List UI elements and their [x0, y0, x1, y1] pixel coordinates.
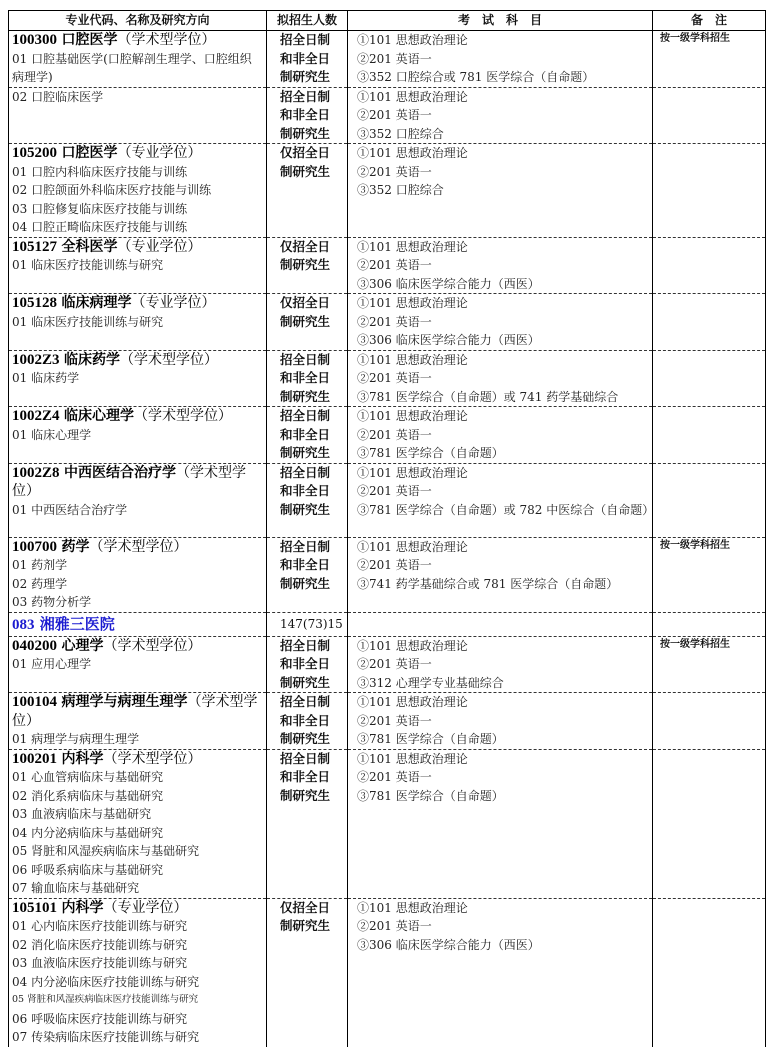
table-header-row: 专业代码、名称及研究方向 拟招生人数 考 试 科 目 备 注	[9, 11, 766, 31]
enrollment-mode: 制研究生	[270, 313, 344, 332]
notes-cell	[653, 294, 766, 351]
research-direction: 01 口腔内科临床医疗技能与训练	[12, 163, 263, 182]
research-direction: 01 临床心理学	[12, 426, 263, 445]
exam-subject: ①101 思想政治理论	[351, 407, 649, 426]
exams-cell: ①101 思想政治理论②201 英语一③306 临床医学综合能力（西医）	[348, 237, 653, 294]
exam-subject: ①101 思想政治理论	[351, 899, 649, 918]
exam-subject: ①101 思想政治理论	[351, 238, 649, 257]
degree-type: （专业学位）	[131, 295, 215, 311]
major-title: 040200 心理学（学术型学位）	[12, 637, 263, 656]
quota-cell: 招全日制和非全日制研究生	[267, 407, 348, 464]
exam-subject: ②201 英语一	[351, 106, 649, 125]
major-code: 100104	[12, 694, 57, 710]
major-cell: 105101 内科学（专业学位）01 心内临床医疗技能训练与研究02 消化临床医…	[9, 898, 267, 1047]
exam-subject: ①101 思想政治理论	[351, 351, 649, 370]
exam-subject: ①101 思想政治理论	[351, 31, 649, 50]
research-direction: 01 药剂学	[12, 556, 263, 575]
quota-cell: 招全日制和非全日制研究生	[267, 693, 348, 750]
major-name: 临床药学	[64, 352, 120, 368]
note-text: 按一级学科招生	[656, 538, 762, 554]
enrollment-mode: 仅招全日	[270, 294, 344, 313]
notes-cell: 按一级学科招生	[653, 537, 766, 612]
quota-cell: 招全日制和非全日制研究生	[267, 463, 348, 537]
quota-cell: 仅招全日制研究生	[267, 237, 348, 294]
notes-cell	[653, 144, 766, 238]
exam-subject: ①101 思想政治理论	[351, 693, 649, 712]
school-cell: 083 湘雅三医院	[9, 612, 267, 636]
major-title: 100300 口腔医学（学术型学位）	[12, 31, 263, 50]
major-code: 100700	[12, 539, 57, 555]
exam-subject: ②201 英语一	[351, 256, 649, 275]
major-name: 口腔医学	[61, 32, 117, 48]
degree-type: （学术型学位）	[103, 751, 201, 767]
enrollment-mode: 制研究生	[270, 917, 344, 936]
exams-cell: ①101 思想政治理论②201 英语一③781 医学综合（自命题）或 741 药…	[348, 350, 653, 407]
major-name: 药学	[61, 539, 89, 555]
enrollment-mode: 制研究生	[270, 501, 344, 520]
exams-cell: ①101 思想政治理论②201 英语一③741 药学基础综合或 781 医学综合…	[348, 537, 653, 612]
enrollment-mode: 和非全日	[270, 369, 344, 388]
degree-type: （专业学位）	[117, 239, 201, 255]
notes-cell	[653, 693, 766, 750]
enrollment-mode: 招全日制	[270, 693, 344, 712]
research-direction: 07 输血临床与基础研究	[12, 879, 263, 898]
enrollment-mode: 招全日制	[270, 464, 344, 483]
exam-subject: ①101 思想政治理论	[351, 144, 649, 163]
exam-subject: ①101 思想政治理论	[351, 538, 649, 557]
exam-subject: ③781 医学综合（自命题）	[351, 444, 649, 463]
table-row: 105101 内科学（专业学位）01 心内临床医疗技能训练与研究02 消化临床医…	[9, 898, 766, 1047]
notes-cell	[653, 898, 766, 1047]
major-title: 1002Z4 临床心理学（学术型学位）	[12, 407, 263, 426]
research-direction: 01 临床药学	[12, 369, 263, 388]
enrollment-mode: 和非全日	[270, 556, 344, 575]
exam-subject: ②201 英语一	[351, 917, 649, 936]
exam-subject: ③352 口腔综合	[351, 125, 649, 144]
table-row: 100104 病理学与病理生理学（学术型学位）01 病理学与病理生理学招全日制和…	[9, 693, 766, 750]
table-row: 040200 心理学（学术型学位）01 应用心理学招全日制和非全日制研究生①10…	[9, 636, 766, 693]
major-cell: 1002Z3 临床药学（学术型学位）01 临床药学	[9, 350, 267, 407]
major-name: 病理学与病理生理学	[61, 694, 187, 710]
school-row: 083 湘雅三医院147(73)15	[9, 612, 766, 636]
exam-subject: ③306 临床医学综合能力（西医）	[351, 331, 649, 350]
enrollment-mode: 招全日制	[270, 750, 344, 769]
research-direction: 03 口腔修复临床医疗技能与训练	[12, 200, 263, 219]
major-name: 内科学	[61, 751, 103, 767]
notes-cell	[653, 612, 766, 636]
exams-cell: ①101 思想政治理论②201 英语一③306 临床医学综合能力（西医）	[348, 898, 653, 1047]
research-direction: 01 心内临床医疗技能训练与研究	[12, 917, 263, 936]
quota-cell: 147(73)15	[267, 612, 348, 636]
table-row: 105128 临床病理学（专业学位）01 临床医疗技能训练与研究仅招全日制研究生…	[9, 294, 766, 351]
enrollment-mode: 和非全日	[270, 426, 344, 445]
table-row: 105200 口腔医学（专业学位）01 口腔内科临床医疗技能与训练02 口腔颌面…	[9, 144, 766, 238]
enrollment-mode: 和非全日	[270, 655, 344, 674]
major-code: 040200	[12, 638, 57, 654]
exam-subject: ①101 思想政治理论	[351, 464, 649, 483]
research-direction: 02 药理学	[12, 575, 263, 594]
header-notes: 备 注	[653, 11, 766, 31]
exam-subject: ③306 临床医学综合能力（西医）	[351, 275, 649, 294]
major-title: 100201 内科学（学术型学位）	[12, 750, 263, 769]
table-row: 105127 全科医学（专业学位）01 临床医疗技能训练与研究仅招全日制研究生①…	[9, 237, 766, 294]
major-name: 内科学	[61, 900, 103, 916]
enrollment-mode: 制研究生	[270, 730, 344, 749]
enrollment-mode: 仅招全日	[270, 144, 344, 163]
quota-cell: 招全日制和非全日制研究生	[267, 31, 348, 88]
research-direction: 04 内分泌临床医疗技能训练与研究	[12, 973, 263, 992]
enrollment-mode: 制研究生	[270, 575, 344, 594]
major-title: 100104 病理学与病理生理学（学术型学位）	[12, 693, 263, 730]
research-direction: 02 消化临床医疗技能训练与研究	[12, 936, 263, 955]
major-code: 100201	[12, 751, 57, 767]
research-direction: 05 肾脏和风湿疾病临床与基础研究	[12, 842, 263, 861]
major-title: 105127 全科医学（专业学位）	[12, 238, 263, 257]
admissions-table: 专业代码、名称及研究方向 拟招生人数 考 试 科 目 备 注 100300 口腔…	[8, 10, 766, 1047]
research-direction: 04 内分泌病临床与基础研究	[12, 824, 263, 843]
enrollment-mode: 招全日制	[270, 538, 344, 557]
major-title: 100700 药学（学术型学位）	[12, 538, 263, 557]
enrollment-mode: 仅招全日	[270, 899, 344, 918]
enrollment-mode: 和非全日	[270, 768, 344, 787]
enrollment-mode: 招全日制	[270, 351, 344, 370]
research-direction: 01 应用心理学	[12, 655, 263, 674]
enrollment-mode: 制研究生	[270, 163, 344, 182]
research-direction: 05 肾脏和风湿疾病临床医疗技能训练与研究	[12, 991, 263, 1010]
major-cell: 100700 药学（学术型学位）01 药剂学02 药理学03 药物分析学	[9, 537, 267, 612]
table-row: 1002Z4 临床心理学（学术型学位）01 临床心理学招全日制和非全日制研究生①…	[9, 407, 766, 464]
major-cell: 1002Z8 中西医结合治疗学（学术型学位）01 中西医结合治疗学	[9, 463, 267, 537]
research-direction: 03 血液病临床与基础研究	[12, 805, 263, 824]
major-cell: 1002Z4 临床心理学（学术型学位）01 临床心理学	[9, 407, 267, 464]
enrollment-mode: 制研究生	[270, 674, 344, 693]
table-row: 100300 口腔医学（学术型学位）01 口腔基础医学(口腔解剖生理学、口腔组织…	[9, 31, 766, 88]
exam-subject: ③781 医学综合（自命题）或 782 中医综合（自命题）	[351, 501, 649, 520]
exam-subject: ①101 思想政治理论	[351, 294, 649, 313]
research-direction: 06 呼吸临床医疗技能训练与研究	[12, 1010, 263, 1029]
exam-subject: ②201 英语一	[351, 50, 649, 69]
exams-cell: ①101 思想政治理论②201 英语一③352 口腔综合或 781 医学综合（自…	[348, 31, 653, 88]
quota-cell: 招全日制和非全日制研究生	[267, 636, 348, 693]
quota-cell: 招全日制和非全日制研究生	[267, 749, 348, 898]
major-code: 105127	[12, 239, 57, 255]
major-title: 1002Z3 临床药学（学术型学位）	[12, 351, 263, 370]
enrollment-mode: 招全日制	[270, 31, 344, 50]
header-quota: 拟招生人数	[267, 11, 348, 31]
exam-subject: ①101 思想政治理论	[351, 637, 649, 656]
exam-subject: ③781 医学综合（自命题）	[351, 787, 649, 806]
major-cell: 105127 全科医学（专业学位）01 临床医疗技能训练与研究	[9, 237, 267, 294]
exams-cell: ①101 思想政治理论②201 英语一③781 医学综合（自命题）	[348, 407, 653, 464]
research-direction: 06 呼吸系病临床与基础研究	[12, 861, 263, 880]
degree-type: （学术型学位）	[120, 352, 218, 368]
notes-cell	[653, 350, 766, 407]
exam-subject: ②201 英语一	[351, 369, 649, 388]
exams-cell: ①101 思想政治理论②201 英语一③781 医学综合（自命题）	[348, 693, 653, 750]
research-direction: 01 中西医结合治疗学	[12, 501, 263, 520]
notes-cell	[653, 749, 766, 898]
research-direction: 02 口腔颌面外科临床医疗技能与训练	[12, 181, 263, 200]
degree-type: （学术型学位）	[134, 408, 232, 424]
research-direction: 01 心血管病临床与基础研究	[12, 768, 263, 787]
major-cell: 100201 内科学（学术型学位）01 心血管病临床与基础研究02 消化系病临床…	[9, 749, 267, 898]
major-code: 1002Z8	[12, 465, 60, 481]
exam-subject: ②201 英语一	[351, 482, 649, 501]
exam-subject: ①101 思想政治理论	[351, 88, 649, 107]
research-direction: 01 口腔基础医学(口腔解剖生理学、口腔组织病理学)	[12, 50, 263, 87]
major-cell: 100300 口腔医学（学术型学位）01 口腔基础医学(口腔解剖生理学、口腔组织…	[9, 31, 267, 88]
major-name: 心理学	[61, 638, 103, 654]
header-major: 专业代码、名称及研究方向	[9, 11, 267, 31]
exam-subject: ③306 临床医学综合能力（西医）	[351, 936, 649, 955]
exams-cell: ①101 思想政治理论②201 英语一③352 口腔综合	[348, 144, 653, 238]
enrollment-mode: 制研究生	[270, 256, 344, 275]
exams-cell: ①101 思想政治理论②201 英语一③306 临床医学综合能力（西医）	[348, 294, 653, 351]
table-row: 02 口腔临床医学招全日制和非全日制研究生①101 思想政治理论②201 英语一…	[9, 87, 766, 144]
enrollment-mode: 和非全日	[270, 712, 344, 731]
exam-subject: ③781 医学综合（自命题）	[351, 730, 649, 749]
note-text: 按一级学科招生	[656, 31, 762, 47]
major-cell: 105128 临床病理学（专业学位）01 临床医疗技能训练与研究	[9, 294, 267, 351]
exam-subject: ②201 英语一	[351, 556, 649, 575]
major-code: 105101	[12, 900, 57, 916]
exams-cell: ①101 思想政治理论②201 英语一③352 口腔综合	[348, 87, 653, 144]
exam-subject: ①101 思想政治理论	[351, 750, 649, 769]
enrollment-mode: 制研究生	[270, 388, 344, 407]
enrollment-mode: 制研究生	[270, 68, 344, 87]
table-row: 100700 药学（学术型学位）01 药剂学02 药理学03 药物分析学招全日制…	[9, 537, 766, 612]
major-name: 口腔医学	[61, 145, 117, 161]
research-direction: 02 消化系病临床与基础研究	[12, 787, 263, 806]
degree-type: （学术型学位）	[89, 539, 187, 555]
exam-subject: ③352 口腔综合	[351, 181, 649, 200]
school-code: 083	[12, 617, 35, 633]
exam-subject: ②201 英语一	[351, 768, 649, 787]
major-code: 105128	[12, 295, 57, 311]
exam-subject: ②201 英语一	[351, 712, 649, 731]
exam-subject: ②201 英语一	[351, 313, 649, 332]
major-code: 1002Z3	[12, 352, 60, 368]
header-exams: 考 试 科 目	[348, 11, 653, 31]
research-direction: 01 病理学与病理生理学	[12, 730, 263, 749]
major-title: 1002Z8 中西医结合治疗学（学术型学位）	[12, 464, 263, 501]
exam-subject: ③312 心理学专业基础综合	[351, 674, 649, 693]
enrollment-mode: 制研究生	[270, 125, 344, 144]
major-code: 105200	[12, 145, 57, 161]
table-row: 1002Z8 中西医结合治疗学（学术型学位）01 中西医结合治疗学招全日制和非全…	[9, 463, 766, 537]
exam-subject: ③741 药学基础综合或 781 医学综合（自命题）	[351, 575, 649, 594]
enrollment-mode: 仅招全日	[270, 238, 344, 257]
notes-cell	[653, 237, 766, 294]
exam-subject: ②201 英语一	[351, 655, 649, 674]
notes-cell	[653, 407, 766, 464]
enrollment-mode: 招全日制	[270, 407, 344, 426]
quota-cell: 仅招全日制研究生	[267, 144, 348, 238]
major-cell: 040200 心理学（学术型学位）01 应用心理学	[9, 636, 267, 693]
table-row: 100201 内科学（学术型学位）01 心血管病临床与基础研究02 消化系病临床…	[9, 749, 766, 898]
research-direction: 04 口腔正畸临床医疗技能与训练	[12, 218, 263, 237]
exams-cell: ①101 思想政治理论②201 英语一③781 医学综合（自命题）	[348, 749, 653, 898]
major-cell: 100104 病理学与病理生理学（学术型学位）01 病理学与病理生理学	[9, 693, 267, 750]
research-direction: 03 血液临床医疗技能训练与研究	[12, 954, 263, 973]
note-text: 按一级学科招生	[656, 637, 762, 653]
major-code: 1002Z4	[12, 408, 60, 424]
major-title: 105128 临床病理学（专业学位）	[12, 294, 263, 313]
research-direction: 02 口腔临床医学	[12, 88, 263, 107]
enrollment-mode: 制研究生	[270, 787, 344, 806]
degree-type: （学术型学位）	[117, 32, 215, 48]
research-direction: 01 临床医疗技能训练与研究	[12, 313, 263, 332]
research-direction: 01 临床医疗技能训练与研究	[12, 256, 263, 275]
quota-cell: 招全日制和非全日制研究生	[267, 87, 348, 144]
exams-cell: ①101 思想政治理论②201 英语一③781 医学综合（自命题）或 782 中…	[348, 463, 653, 537]
notes-cell: 按一级学科招生	[653, 31, 766, 88]
major-name: 临床病理学	[61, 295, 131, 311]
major-name: 临床心理学	[64, 408, 134, 424]
notes-cell: 按一级学科招生	[653, 636, 766, 693]
major-name: 全科医学	[61, 239, 117, 255]
enrollment-mode: 制研究生	[270, 444, 344, 463]
exam-subject: ②201 英语一	[351, 426, 649, 445]
research-direction: 03 药物分析学	[12, 593, 263, 612]
enrollment-mode: 招全日制	[270, 88, 344, 107]
exam-subject: ③352 口腔综合或 781 医学综合（自命题）	[351, 68, 649, 87]
quota-cell: 招全日制和非全日制研究生	[267, 350, 348, 407]
degree-type: （学术型学位）	[103, 638, 201, 654]
table-row: 1002Z3 临床药学（学术型学位）01 临床药学招全日制和非全日制研究生①10…	[9, 350, 766, 407]
exams-cell	[348, 612, 653, 636]
exam-subject: ②201 英语一	[351, 163, 649, 182]
major-cell: 02 口腔临床医学	[9, 87, 267, 144]
quota-cell: 仅招全日制研究生	[267, 898, 348, 1047]
exams-cell: ①101 思想政治理论②201 英语一③312 心理学专业基础综合	[348, 636, 653, 693]
enrollment-mode: 和非全日	[270, 106, 344, 125]
enrollment-mode: 和非全日	[270, 482, 344, 501]
notes-cell	[653, 463, 766, 537]
major-code: 100300	[12, 32, 57, 48]
degree-type: （专业学位）	[117, 145, 201, 161]
enrollment-mode: 和非全日	[270, 50, 344, 69]
school-name: 湘雅三医院	[40, 615, 115, 633]
quota-cell: 仅招全日制研究生	[267, 294, 348, 351]
major-title: 105101 内科学（专业学位）	[12, 899, 263, 918]
degree-type: （专业学位）	[103, 900, 187, 916]
exam-subject: ③781 医学综合（自命题）或 741 药学基础综合	[351, 388, 649, 407]
research-direction: 07 传染病临床医疗技能训练与研究	[12, 1028, 263, 1047]
major-title: 105200 口腔医学（专业学位）	[12, 144, 263, 163]
enrollment-mode: 招全日制	[270, 637, 344, 656]
school-quota: 147(73)15	[270, 613, 344, 635]
notes-cell	[653, 87, 766, 144]
major-name: 中西医结合治疗学	[64, 465, 176, 481]
major-cell: 105200 口腔医学（专业学位）01 口腔内科临床医疗技能与训练02 口腔颌面…	[9, 144, 267, 238]
quota-cell: 招全日制和非全日制研究生	[267, 537, 348, 612]
